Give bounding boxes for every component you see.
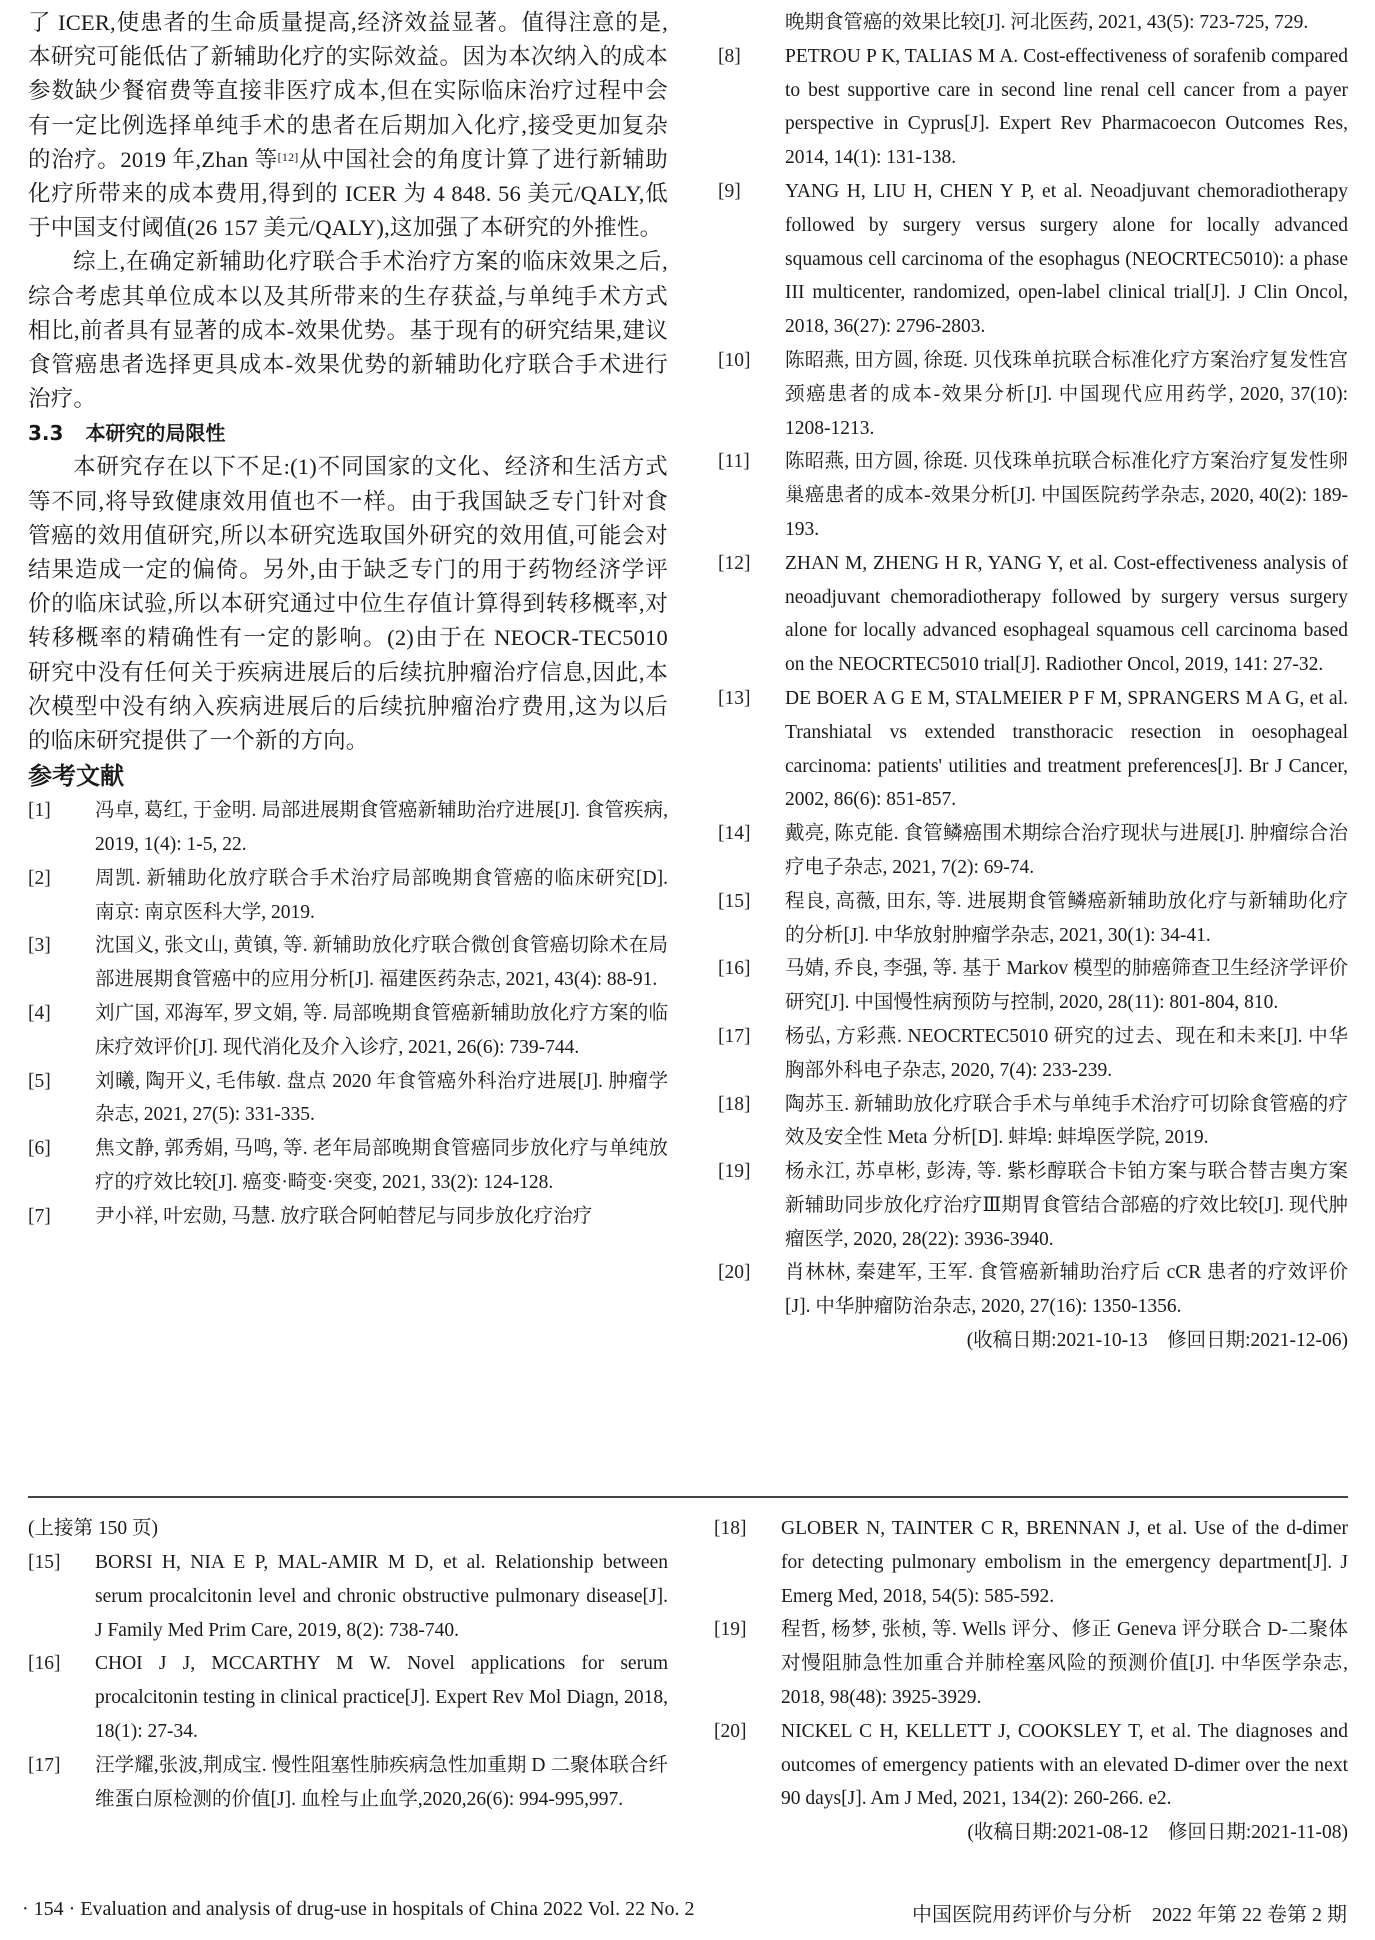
reference-number-spacer	[718, 6, 785, 40]
reference-text: 陶苏玉. 新辅助放化疗联合手术与单纯手术治疗可切除食管癌的疗效及安全性 Meta…	[785, 1088, 1348, 1156]
reference-item: [13] DE BOER A G E M, STALMEIER P F M, S…	[718, 682, 1348, 817]
page-footer-chinese: 中国医院用药评价与分析 2022 年第 22 卷第 2 期	[912, 1898, 1347, 1927]
reference-item: [8] PETROU P K, TALIAS M A. Cost-effecti…	[718, 40, 1348, 175]
reference-number: [11]	[718, 445, 785, 546]
reference-text: NICKEL C H, KELLETT J, COOKSLEY T, et al…	[781, 1715, 1348, 1816]
reference-text: YANG H, LIU H, CHEN Y P, et al. Neoadjuv…	[785, 175, 1348, 344]
reference-number: [13]	[718, 682, 785, 817]
reference-number: [16]	[718, 952, 785, 1020]
reference-item: [12] ZHAN M, ZHENG H R, YANG Y, et al. C…	[718, 547, 1348, 682]
reference-continuation: 晚期食管癌的效果比较[J]. 河北医药, 2021, 43(5): 723-72…	[718, 6, 1348, 40]
reference-text: 汪学耀,张波,荆成宝. 慢性阻塞性肺疾病急性加重期 D 二聚体联合纤维蛋白原检测…	[95, 1749, 668, 1817]
reference-number: [15]	[28, 1546, 95, 1647]
reference-text: 周凯. 新辅助化放疗联合手术治疗局部晚期食管癌的临床研究[D]. 南京: 南京医…	[95, 862, 668, 930]
reference-item: [17] 汪学耀,张波,荆成宝. 慢性阻塞性肺疾病急性加重期 D 二聚体联合纤维…	[28, 1749, 668, 1817]
reference-text: CHOI J J, MCCARTHY M W. Novel applicatio…	[95, 1647, 668, 1748]
reference-number: [4]	[28, 997, 95, 1065]
reference-item: [18] 陶苏玉. 新辅助放化疗联合手术与单纯手术治疗可切除食管癌的疗效及安全性…	[718, 1088, 1348, 1156]
reference-text: 沈国义, 张文山, 黄镇, 等. 新辅助放化疗联合微创食管癌切除术在局部进展期食…	[95, 929, 668, 997]
reference-item: [14] 戴亮, 陈克能. 食管鳞癌围术期综合治疗现状与进展[J]. 肿瘤综合治…	[718, 817, 1348, 885]
reference-text: 晚期食管癌的效果比较[J]. 河北医药, 2021, 43(5): 723-72…	[785, 6, 1348, 40]
reference-text: 杨永江, 苏卓彬, 彭涛, 等. 紫杉醇联合卡铂方案与联合替吉奥方案新辅助同步放…	[785, 1155, 1348, 1256]
reference-number: [20]	[718, 1256, 785, 1324]
reference-item: [15] BORSI H, NIA E P, MAL-AMIR M D, et …	[28, 1546, 668, 1647]
reference-text: 陈昭燕, 田方圆, 徐珽. 贝伐珠单抗联合标准化疗方案治疗复发性卵巢癌患者的成本…	[785, 445, 1348, 546]
reference-number: [3]	[28, 929, 95, 997]
reference-text: 冯卓, 葛红, 于金明. 局部进展期食管癌新辅助治疗进展[J]. 食管疾病, 2…	[95, 794, 668, 862]
reference-item: [2] 周凯. 新辅助化放疗联合手术治疗局部晚期食管癌的临床研究[D]. 南京:…	[28, 862, 668, 930]
reference-item: [16] CHOI J J, MCCARTHY M W. Novel appli…	[28, 1647, 668, 1748]
reference-text: 刘广国, 邓海军, 罗文娟, 等. 局部晚期食管癌新辅助放化疗方案的临床疗效评价…	[95, 997, 668, 1065]
reference-item: [20] NICKEL C H, KELLETT J, COOKSLEY T, …	[714, 1715, 1348, 1816]
top-left-column: 了 ICER,使患者的生命质量提高,经济效益显著。值得注意的是,本研究可能低估了…	[28, 6, 668, 1234]
reference-text: 肖林林, 秦建军, 王军. 食管癌新辅助治疗后 cCR 患者的疗效评价[J]. …	[785, 1256, 1348, 1324]
reference-item: [4] 刘广国, 邓海军, 罗文娟, 等. 局部晚期食管癌新辅助放化疗方案的临床…	[28, 997, 668, 1065]
reference-text: 陈昭燕, 田方圆, 徐珽. 贝伐珠单抗联合标准化疗方案治疗复发性宫颈癌患者的成本…	[785, 344, 1348, 445]
reference-number: [1]	[28, 794, 95, 862]
reference-text: 戴亮, 陈克能. 食管鳞癌围术期综合治疗现状与进展[J]. 肿瘤综合治疗电子杂志…	[785, 817, 1348, 885]
reference-number: [19]	[718, 1155, 785, 1256]
reference-item: [7] 尹小祥, 叶宏勋, 马慧. 放疗联合阿帕替尼与同步放化疗治疗	[28, 1200, 668, 1234]
reference-item: [15] 程良, 高薇, 田东, 等. 进展期食管鳞癌新辅助放化疗与新辅助化疗的…	[718, 885, 1348, 953]
reference-text: 马婧, 乔良, 李强, 等. 基于 Markov 模型的肺癌筛查卫生经济学评价研…	[785, 952, 1348, 1020]
citation-superscript[interactable]: [12]	[278, 150, 299, 164]
reference-number: [6]	[28, 1132, 95, 1200]
reference-item: [1] 冯卓, 葛红, 于金明. 局部进展期食管癌新辅助治疗进展[J]. 食管疾…	[28, 794, 668, 862]
reference-number: [19]	[714, 1613, 781, 1714]
section-heading: 3.3本研究的局限性	[28, 416, 668, 450]
reference-number: [12]	[718, 547, 785, 682]
reference-text: 程哲, 杨梦, 张桢, 等. Wells 评分、修正 Geneva 评分联合 D…	[781, 1613, 1348, 1714]
reference-item: [9] YANG H, LIU H, CHEN Y P, et al. Neoa…	[718, 175, 1348, 344]
reference-number: [17]	[28, 1749, 95, 1817]
reference-number: [2]	[28, 862, 95, 930]
reference-number: [5]	[28, 1065, 95, 1133]
reference-text: ZHAN M, ZHENG H R, YANG Y, et al. Cost-e…	[785, 547, 1348, 682]
reference-item: [19] 程哲, 杨梦, 张桢, 等. Wells 评分、修正 Geneva 评…	[714, 1613, 1348, 1714]
references-heading: 参考文献	[28, 758, 668, 794]
reference-text: 焦文静, 郭秀娟, 马鸣, 等. 老年局部晚期食管癌同步放化疗与单纯放疗的疗效比…	[95, 1132, 668, 1200]
reference-item: [18] GLOBER N, TAINTER C R, BRENNAN J, e…	[714, 1512, 1348, 1613]
reference-number: [10]	[718, 344, 785, 445]
reference-number: [8]	[718, 40, 785, 175]
reference-text: DE BOER A G E M, STALMEIER P F M, SPRANG…	[785, 682, 1348, 817]
reference-text: 杨弘, 方彩燕. NEOCRTEC5010 研究的过去、现在和未来[J]. 中华…	[785, 1020, 1348, 1088]
received-date: (收稿日期:2021-08-12 修回日期:2021-11-08)	[714, 1816, 1348, 1850]
page-footer-english: · 154 · Evaluation and analysis of drug-…	[22, 1898, 695, 1921]
reference-number: [17]	[718, 1020, 785, 1088]
reference-number: [9]	[718, 175, 785, 344]
reference-text: GLOBER N, TAINTER C R, BRENNAN J, et al.…	[781, 1512, 1348, 1613]
reference-item: [16] 马婧, 乔良, 李强, 等. 基于 Markov 模型的肺癌筛查卫生经…	[718, 952, 1348, 1020]
body-paragraph-icer: 了 ICER,使患者的生命质量提高,经济效益显著。值得注意的是,本研究可能低估了…	[28, 6, 668, 245]
reference-item: [10] 陈昭燕, 田方圆, 徐珽. 贝伐珠单抗联合标准化疗方案治疗复发性宫颈癌…	[718, 344, 1348, 445]
body-paragraph-summary: 综上,在确定新辅助化疗联合手术治疗方案的临床效果之后,综合考虑其单位成本以及其所…	[28, 245, 668, 416]
reference-item: [3] 沈国义, 张文山, 黄镇, 等. 新辅助放化疗联合微创食管癌切除术在局部…	[28, 929, 668, 997]
reference-number: [7]	[28, 1200, 95, 1234]
continued-from-note: (上接第 150 页)	[28, 1512, 668, 1546]
body-paragraph-limitations: 本研究存在以下不足:(1)不同国家的文化、经济和生活方式等不同,将导致健康效用值…	[28, 450, 668, 758]
reference-item: [11] 陈昭燕, 田方圆, 徐珽. 贝伐珠单抗联合标准化疗方案治疗复发性卵巢癌…	[718, 445, 1348, 546]
reference-text: 刘曦, 陶开义, 毛伟敏. 盘点 2020 年食管癌外科治疗进展[J]. 肿瘤学…	[95, 1065, 668, 1133]
reference-text: 尹小祥, 叶宏勋, 马慧. 放疗联合阿帕替尼与同步放化疗治疗	[95, 1200, 668, 1234]
section-number: 3.3	[28, 421, 63, 445]
received-date: (收稿日期:2021-10-13 修回日期:2021-12-06)	[718, 1324, 1348, 1358]
reference-number: [16]	[28, 1647, 95, 1748]
reference-item: [6] 焦文静, 郭秀娟, 马鸣, 等. 老年局部晚期食管癌同步放化疗与单纯放疗…	[28, 1132, 668, 1200]
reference-item: [5] 刘曦, 陶开义, 毛伟敏. 盘点 2020 年食管癌外科治疗进展[J].…	[28, 1065, 668, 1133]
top-right-column: 晚期食管癌的效果比较[J]. 河北医药, 2021, 43(5): 723-72…	[718, 6, 1348, 1358]
reference-number: [14]	[718, 817, 785, 885]
reference-item: [17] 杨弘, 方彩燕. NEOCRTEC5010 研究的过去、现在和未来[J…	[718, 1020, 1348, 1088]
reference-text: BORSI H, NIA E P, MAL-AMIR M D, et al. R…	[95, 1546, 668, 1647]
reference-text: 程良, 高薇, 田东, 等. 进展期食管鳞癌新辅助放化疗与新辅助化疗的分析[J]…	[785, 885, 1348, 953]
reference-number: [18]	[718, 1088, 785, 1156]
reference-item: [20] 肖林林, 秦建军, 王军. 食管癌新辅助治疗后 cCR 患者的疗效评价…	[718, 1256, 1348, 1324]
reference-text: PETROU P K, TALIAS M A. Cost-effectivene…	[785, 40, 1348, 175]
section-title: 本研究的局限性	[85, 421, 225, 445]
reference-number: [18]	[714, 1512, 781, 1613]
bottom-right-column: [18] GLOBER N, TAINTER C R, BRENNAN J, e…	[714, 1512, 1348, 1850]
reference-number: [20]	[714, 1715, 781, 1816]
bottom-left-column: (上接第 150 页) [15] BORSI H, NIA E P, MAL-A…	[28, 1512, 668, 1816]
reference-item: [19] 杨永江, 苏卓彬, 彭涛, 等. 紫杉醇联合卡铂方案与联合替吉奥方案新…	[718, 1155, 1348, 1256]
reference-number: [15]	[718, 885, 785, 953]
section-divider	[28, 1496, 1348, 1498]
